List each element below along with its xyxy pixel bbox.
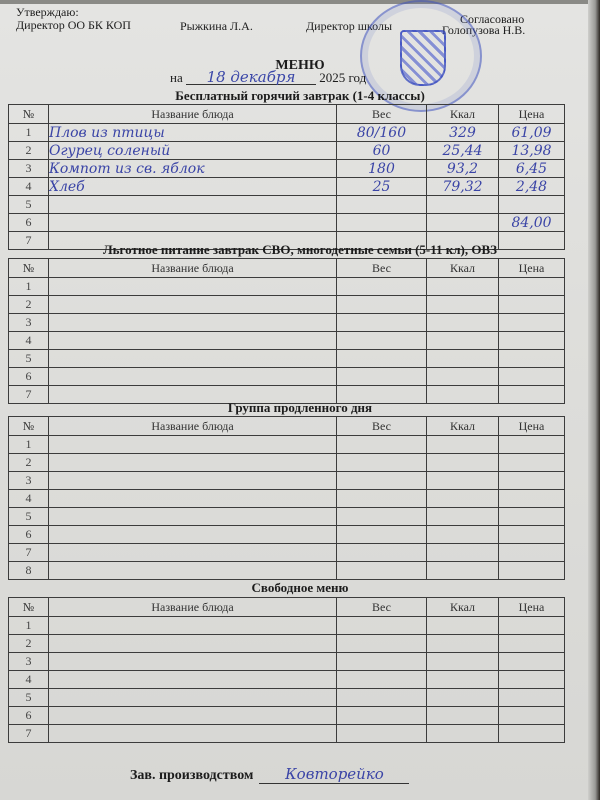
kcal-cell: 25,44 — [427, 142, 499, 160]
menu-date: на 18 декабря 2025 год — [170, 70, 366, 86]
table-row: 4 — [9, 490, 565, 508]
price-cell — [499, 635, 565, 653]
weight-cell — [337, 544, 427, 562]
header-kcal: Ккал — [427, 598, 499, 617]
kcal-cell — [427, 332, 499, 350]
weight-cell — [337, 472, 427, 490]
kcal-cell — [427, 707, 499, 725]
table-row: 4 — [9, 332, 565, 350]
kcal-cell — [427, 526, 499, 544]
kcal-cell — [427, 278, 499, 296]
kcal-cell — [427, 472, 499, 490]
dish-name-cell — [49, 526, 337, 544]
kcal-cell — [427, 214, 499, 232]
dish-name-cell — [49, 368, 337, 386]
dish-name-cell — [49, 296, 337, 314]
kcal-cell — [427, 725, 499, 743]
table-row: 3Компот из св. яблок18093,26,45 — [9, 160, 565, 178]
weight-cell: 60 — [337, 142, 427, 160]
photo-top-edge — [0, 0, 600, 4]
header-kcal: Ккал — [427, 417, 499, 436]
table-row: 3 — [9, 472, 565, 490]
price-cell — [499, 278, 565, 296]
section-title: Свободное меню — [0, 580, 600, 596]
table-row: 6 — [9, 368, 565, 386]
table-row: 2 — [9, 635, 565, 653]
price-cell — [499, 707, 565, 725]
table-header-row: №Название блюдаВесКкалЦена — [9, 598, 565, 617]
row-number: 5 — [9, 196, 49, 214]
weight-cell — [337, 196, 427, 214]
table-row: 5 — [9, 350, 565, 368]
row-number: 6 — [9, 707, 49, 725]
dish-name-cell — [49, 490, 337, 508]
price-cell: 13,98 — [499, 142, 565, 160]
row-number: 5 — [9, 350, 49, 368]
table-row: 1 — [9, 436, 565, 454]
menu-table: №Название блюдаВесКкалЦена1234567 — [8, 258, 565, 404]
kcal-cell — [427, 562, 499, 580]
approver-name: Рыжкина Л.А. — [180, 19, 253, 34]
header-dish-name: Название блюда — [49, 105, 337, 124]
row-number: 1 — [9, 617, 49, 635]
table-row: 684,00 — [9, 214, 565, 232]
table-row: 7 — [9, 725, 565, 743]
row-number: 1 — [9, 124, 49, 142]
row-number: 3 — [9, 653, 49, 671]
dish-name-cell — [49, 436, 337, 454]
dish-name-cell — [49, 725, 337, 743]
price-cell: 6,45 — [499, 160, 565, 178]
header-no: № — [9, 259, 49, 278]
price-cell — [499, 314, 565, 332]
table-row: 3 — [9, 314, 565, 332]
table-header-row: №Название блюдаВесКкалЦена — [9, 417, 565, 436]
kcal-cell — [427, 314, 499, 332]
price-cell — [499, 544, 565, 562]
price-cell — [499, 490, 565, 508]
row-number: 4 — [9, 332, 49, 350]
dish-name-cell — [49, 314, 337, 332]
production-manager-label: Зав. производством — [130, 768, 253, 783]
price-cell — [499, 472, 565, 490]
weight-cell — [337, 671, 427, 689]
row-number: 7 — [9, 544, 49, 562]
weight-cell — [337, 653, 427, 671]
weight-cell — [337, 707, 427, 725]
row-number: 8 — [9, 562, 49, 580]
weight-cell — [337, 635, 427, 653]
weight-cell — [337, 314, 427, 332]
kcal-cell — [427, 296, 499, 314]
header-kcal: Ккал — [427, 259, 499, 278]
weight-cell — [337, 562, 427, 580]
weight-cell — [337, 689, 427, 707]
kcal-cell — [427, 689, 499, 707]
table-row: 6 — [9, 526, 565, 544]
table-row: 8 — [9, 562, 565, 580]
weight-cell — [337, 490, 427, 508]
header-weight: Вес — [337, 105, 427, 124]
row-number: 7 — [9, 725, 49, 743]
table-row: 4Хлеб2579,322,48 — [9, 178, 565, 196]
approver-position: Директор ОО БК КОП — [16, 18, 131, 33]
row-number: 4 — [9, 671, 49, 689]
menu-table: №Название блюдаВесКкалЦена12345678 — [8, 416, 565, 580]
date-handwritten: 18 декабря — [186, 70, 316, 85]
dish-name-cell — [49, 332, 337, 350]
row-number: 2 — [9, 142, 49, 160]
kcal-cell: 79,32 — [427, 178, 499, 196]
row-number: 3 — [9, 472, 49, 490]
table-header-row: №Название блюдаВесКкалЦена — [9, 259, 565, 278]
dish-name-cell — [49, 472, 337, 490]
kcal-cell — [427, 635, 499, 653]
kcal-cell: 329 — [427, 124, 499, 142]
header-kcal: Ккал — [427, 105, 499, 124]
row-number: 2 — [9, 454, 49, 472]
row-number: 6 — [9, 526, 49, 544]
header-dish-name: Название блюда — [49, 598, 337, 617]
table-row: 1Плов из птицы80/16032961,09 — [9, 124, 565, 142]
price-cell — [499, 368, 565, 386]
kcal-cell — [427, 508, 499, 526]
row-number: 1 — [9, 278, 49, 296]
price-cell — [499, 671, 565, 689]
weight-cell — [337, 350, 427, 368]
price-cell — [499, 725, 565, 743]
dish-name-cell — [49, 196, 337, 214]
row-number: 4 — [9, 490, 49, 508]
table-row: 1 — [9, 278, 565, 296]
table-row: 1 — [9, 617, 565, 635]
header-weight: Вес — [337, 598, 427, 617]
dish-name-cell — [49, 544, 337, 562]
table-row: 5 — [9, 508, 565, 526]
row-number: 1 — [9, 436, 49, 454]
weight-cell — [337, 508, 427, 526]
price-cell — [499, 508, 565, 526]
price-cell — [499, 436, 565, 454]
section-title: Бесплатный горячий завтрак (1-4 классы) — [0, 88, 600, 104]
dish-name-cell: Компот из св. яблок — [49, 160, 337, 178]
kcal-cell: 93,2 — [427, 160, 499, 178]
kcal-cell — [427, 454, 499, 472]
dish-name-cell — [49, 214, 337, 232]
dish-name-cell — [49, 707, 337, 725]
dish-name-cell: Огурец соленый — [49, 142, 337, 160]
price-cell — [499, 296, 565, 314]
kcal-cell — [427, 653, 499, 671]
row-number: 3 — [9, 314, 49, 332]
weight-cell — [337, 454, 427, 472]
menu-table: №Название блюдаВесКкалЦена1234567 — [8, 597, 565, 743]
price-cell — [499, 454, 565, 472]
price-cell — [499, 526, 565, 544]
weight-cell — [337, 368, 427, 386]
table-row: 4 — [9, 671, 565, 689]
dish-name-cell — [49, 278, 337, 296]
header-no: № — [9, 105, 49, 124]
kcal-cell — [427, 544, 499, 562]
section-title: Льготное питание завтрак СВО, многодетны… — [0, 242, 600, 258]
header-dish-name: Название блюда — [49, 259, 337, 278]
dish-name-cell — [49, 508, 337, 526]
row-number: 5 — [9, 508, 49, 526]
kcal-cell — [427, 350, 499, 368]
kcal-cell — [427, 368, 499, 386]
dish-name-cell — [49, 562, 337, 580]
weight-cell: 180 — [337, 160, 427, 178]
price-cell — [499, 617, 565, 635]
dish-name-cell — [49, 454, 337, 472]
price-cell: 2,48 — [499, 178, 565, 196]
price-cell: 61,09 — [499, 124, 565, 142]
table-row: 6 — [9, 707, 565, 725]
dish-name-cell — [49, 350, 337, 368]
price-cell — [499, 653, 565, 671]
header-price: Цена — [499, 598, 565, 617]
row-number: 5 — [9, 689, 49, 707]
kcal-cell — [427, 196, 499, 214]
dish-name-cell: Плов из птицы — [49, 124, 337, 142]
weight-cell — [337, 278, 427, 296]
weight-cell — [337, 526, 427, 544]
weight-cell: 80/160 — [337, 124, 427, 142]
kcal-cell — [427, 617, 499, 635]
dish-name-cell — [49, 617, 337, 635]
date-suffix: 2025 год — [319, 70, 366, 85]
header-no: № — [9, 417, 49, 436]
price-cell: 84,00 — [499, 214, 565, 232]
weight-cell — [337, 332, 427, 350]
table-row: 5 — [9, 689, 565, 707]
price-cell — [499, 332, 565, 350]
header-weight: Вес — [337, 417, 427, 436]
table-row: 7 — [9, 544, 565, 562]
row-number: 6 — [9, 214, 49, 232]
table-row: 2Огурец соленый6025,4413,98 — [9, 142, 565, 160]
dish-name-cell — [49, 635, 337, 653]
price-cell — [499, 196, 565, 214]
dish-name-cell: Хлеб — [49, 178, 337, 196]
weight-cell — [337, 436, 427, 454]
header-no: № — [9, 598, 49, 617]
header-price: Цена — [499, 259, 565, 278]
price-cell — [499, 562, 565, 580]
dish-name-cell — [49, 653, 337, 671]
header-weight: Вес — [337, 259, 427, 278]
price-cell — [499, 350, 565, 368]
table-row: 5 — [9, 196, 565, 214]
header-dish-name: Название блюда — [49, 417, 337, 436]
kcal-cell — [427, 490, 499, 508]
row-number: 4 — [9, 178, 49, 196]
kcal-cell — [427, 436, 499, 454]
header-price: Цена — [499, 417, 565, 436]
weight-cell — [337, 725, 427, 743]
weight-cell: 25 — [337, 178, 427, 196]
kcal-cell — [427, 671, 499, 689]
weight-cell — [337, 617, 427, 635]
table-row: 2 — [9, 296, 565, 314]
header-price: Цена — [499, 105, 565, 124]
row-number: 6 — [9, 368, 49, 386]
row-number: 2 — [9, 296, 49, 314]
dish-name-cell — [49, 671, 337, 689]
weight-cell — [337, 296, 427, 314]
row-number: 2 — [9, 635, 49, 653]
section-title: Группа продленного дня — [0, 400, 600, 416]
production-manager-signature: Зав. производствомКовтоpейко — [130, 765, 409, 784]
row-number: 3 — [9, 160, 49, 178]
price-cell — [499, 689, 565, 707]
dish-name-cell — [49, 689, 337, 707]
table-row: 2 — [9, 454, 565, 472]
weight-cell — [337, 214, 427, 232]
table-header-row: №Название блюдаВесКкалЦена — [9, 105, 565, 124]
table-row: 3 — [9, 653, 565, 671]
date-prefix: на — [170, 70, 183, 85]
signature-handwritten: Ковтоpейко — [259, 765, 409, 784]
menu-table: №Название блюдаВесКкалЦена1Плов из птицы… — [8, 104, 565, 250]
